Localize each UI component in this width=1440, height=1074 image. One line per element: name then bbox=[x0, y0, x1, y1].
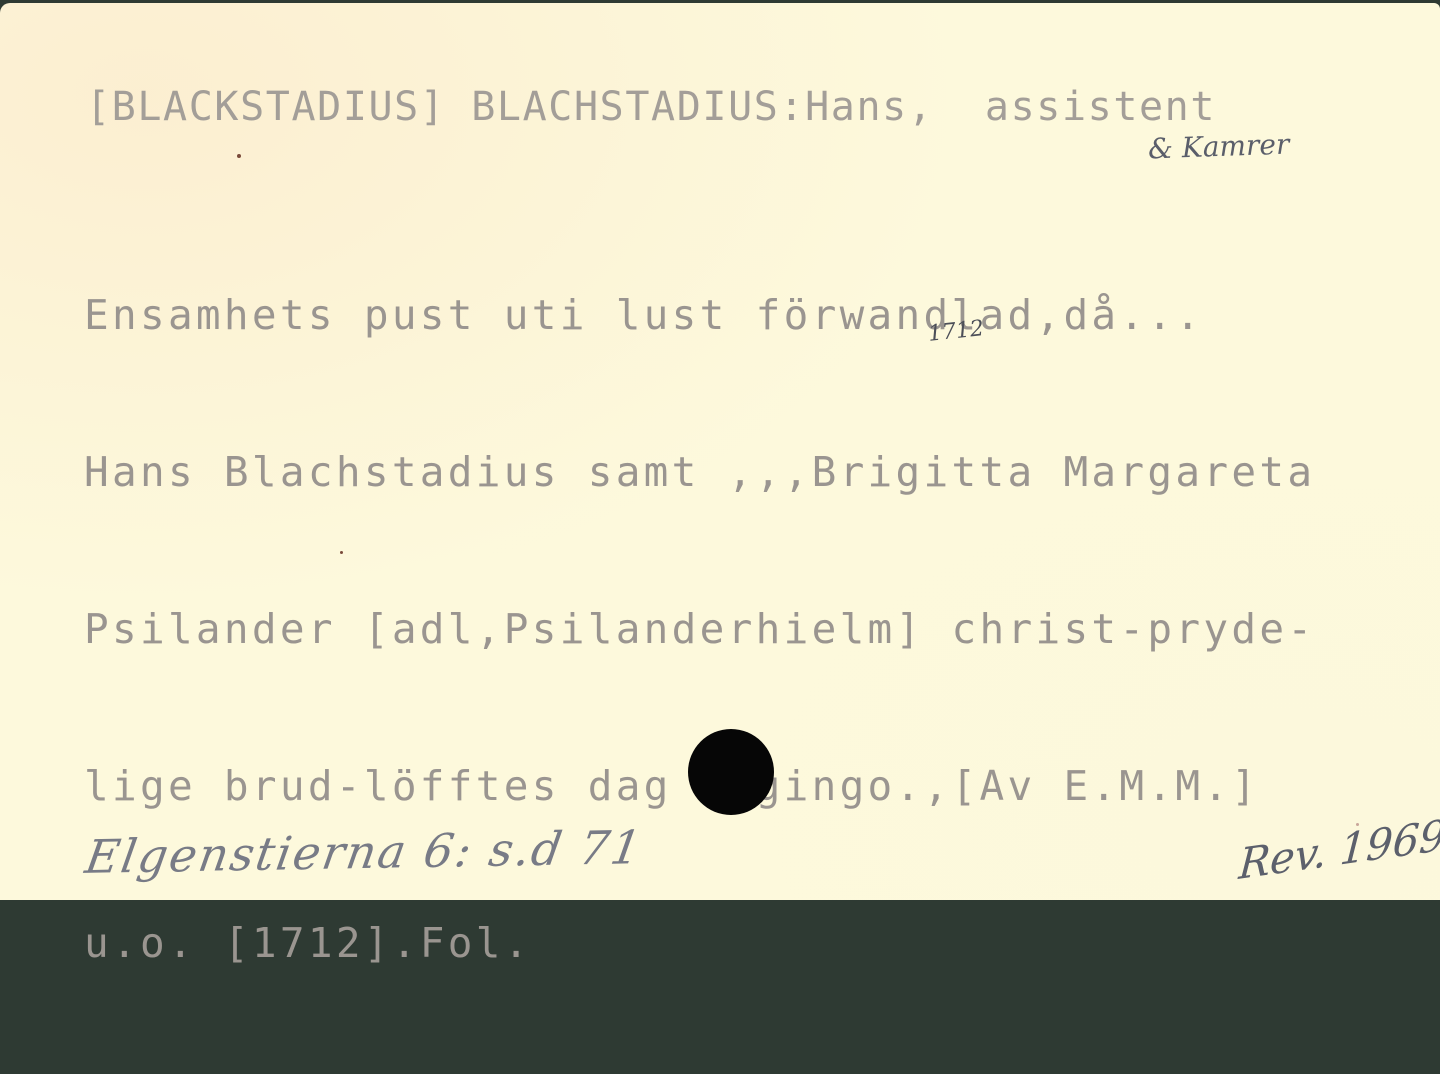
punch-hole bbox=[688, 729, 774, 815]
catalog-card: [BLACKSTADIUS] BLACHSTADIUS:Hans, assist… bbox=[0, 3, 1440, 900]
handwritten-source-reference: Elgenstierna 6: s.d 71 bbox=[82, 820, 647, 884]
speck-mark bbox=[1356, 823, 1359, 826]
heading-bracketed-form: [BLACKSTADIUS] bbox=[86, 84, 446, 130]
body-line-1: Ensamhets pust uti lust förwandlad,då... bbox=[84, 289, 1315, 340]
handwritten-title-addition: & Kamrer bbox=[1147, 128, 1289, 166]
card-heading: [BLACKSTADIUS] BLACHSTADIUS:Hans, assist… bbox=[86, 81, 1216, 134]
heading-name-entry: BLACHSTADIUS:Hans, bbox=[471, 84, 933, 130]
speck-mark bbox=[340, 551, 343, 554]
body-line-3: Psilander [adl,Psilanderhielm] christ-pr… bbox=[84, 603, 1315, 654]
heading-title: assistent bbox=[985, 84, 1216, 130]
body-line-2: Hans Blachstadius samt ,,,Brigitta Marga… bbox=[84, 446, 1315, 497]
speck-mark bbox=[237, 154, 241, 158]
